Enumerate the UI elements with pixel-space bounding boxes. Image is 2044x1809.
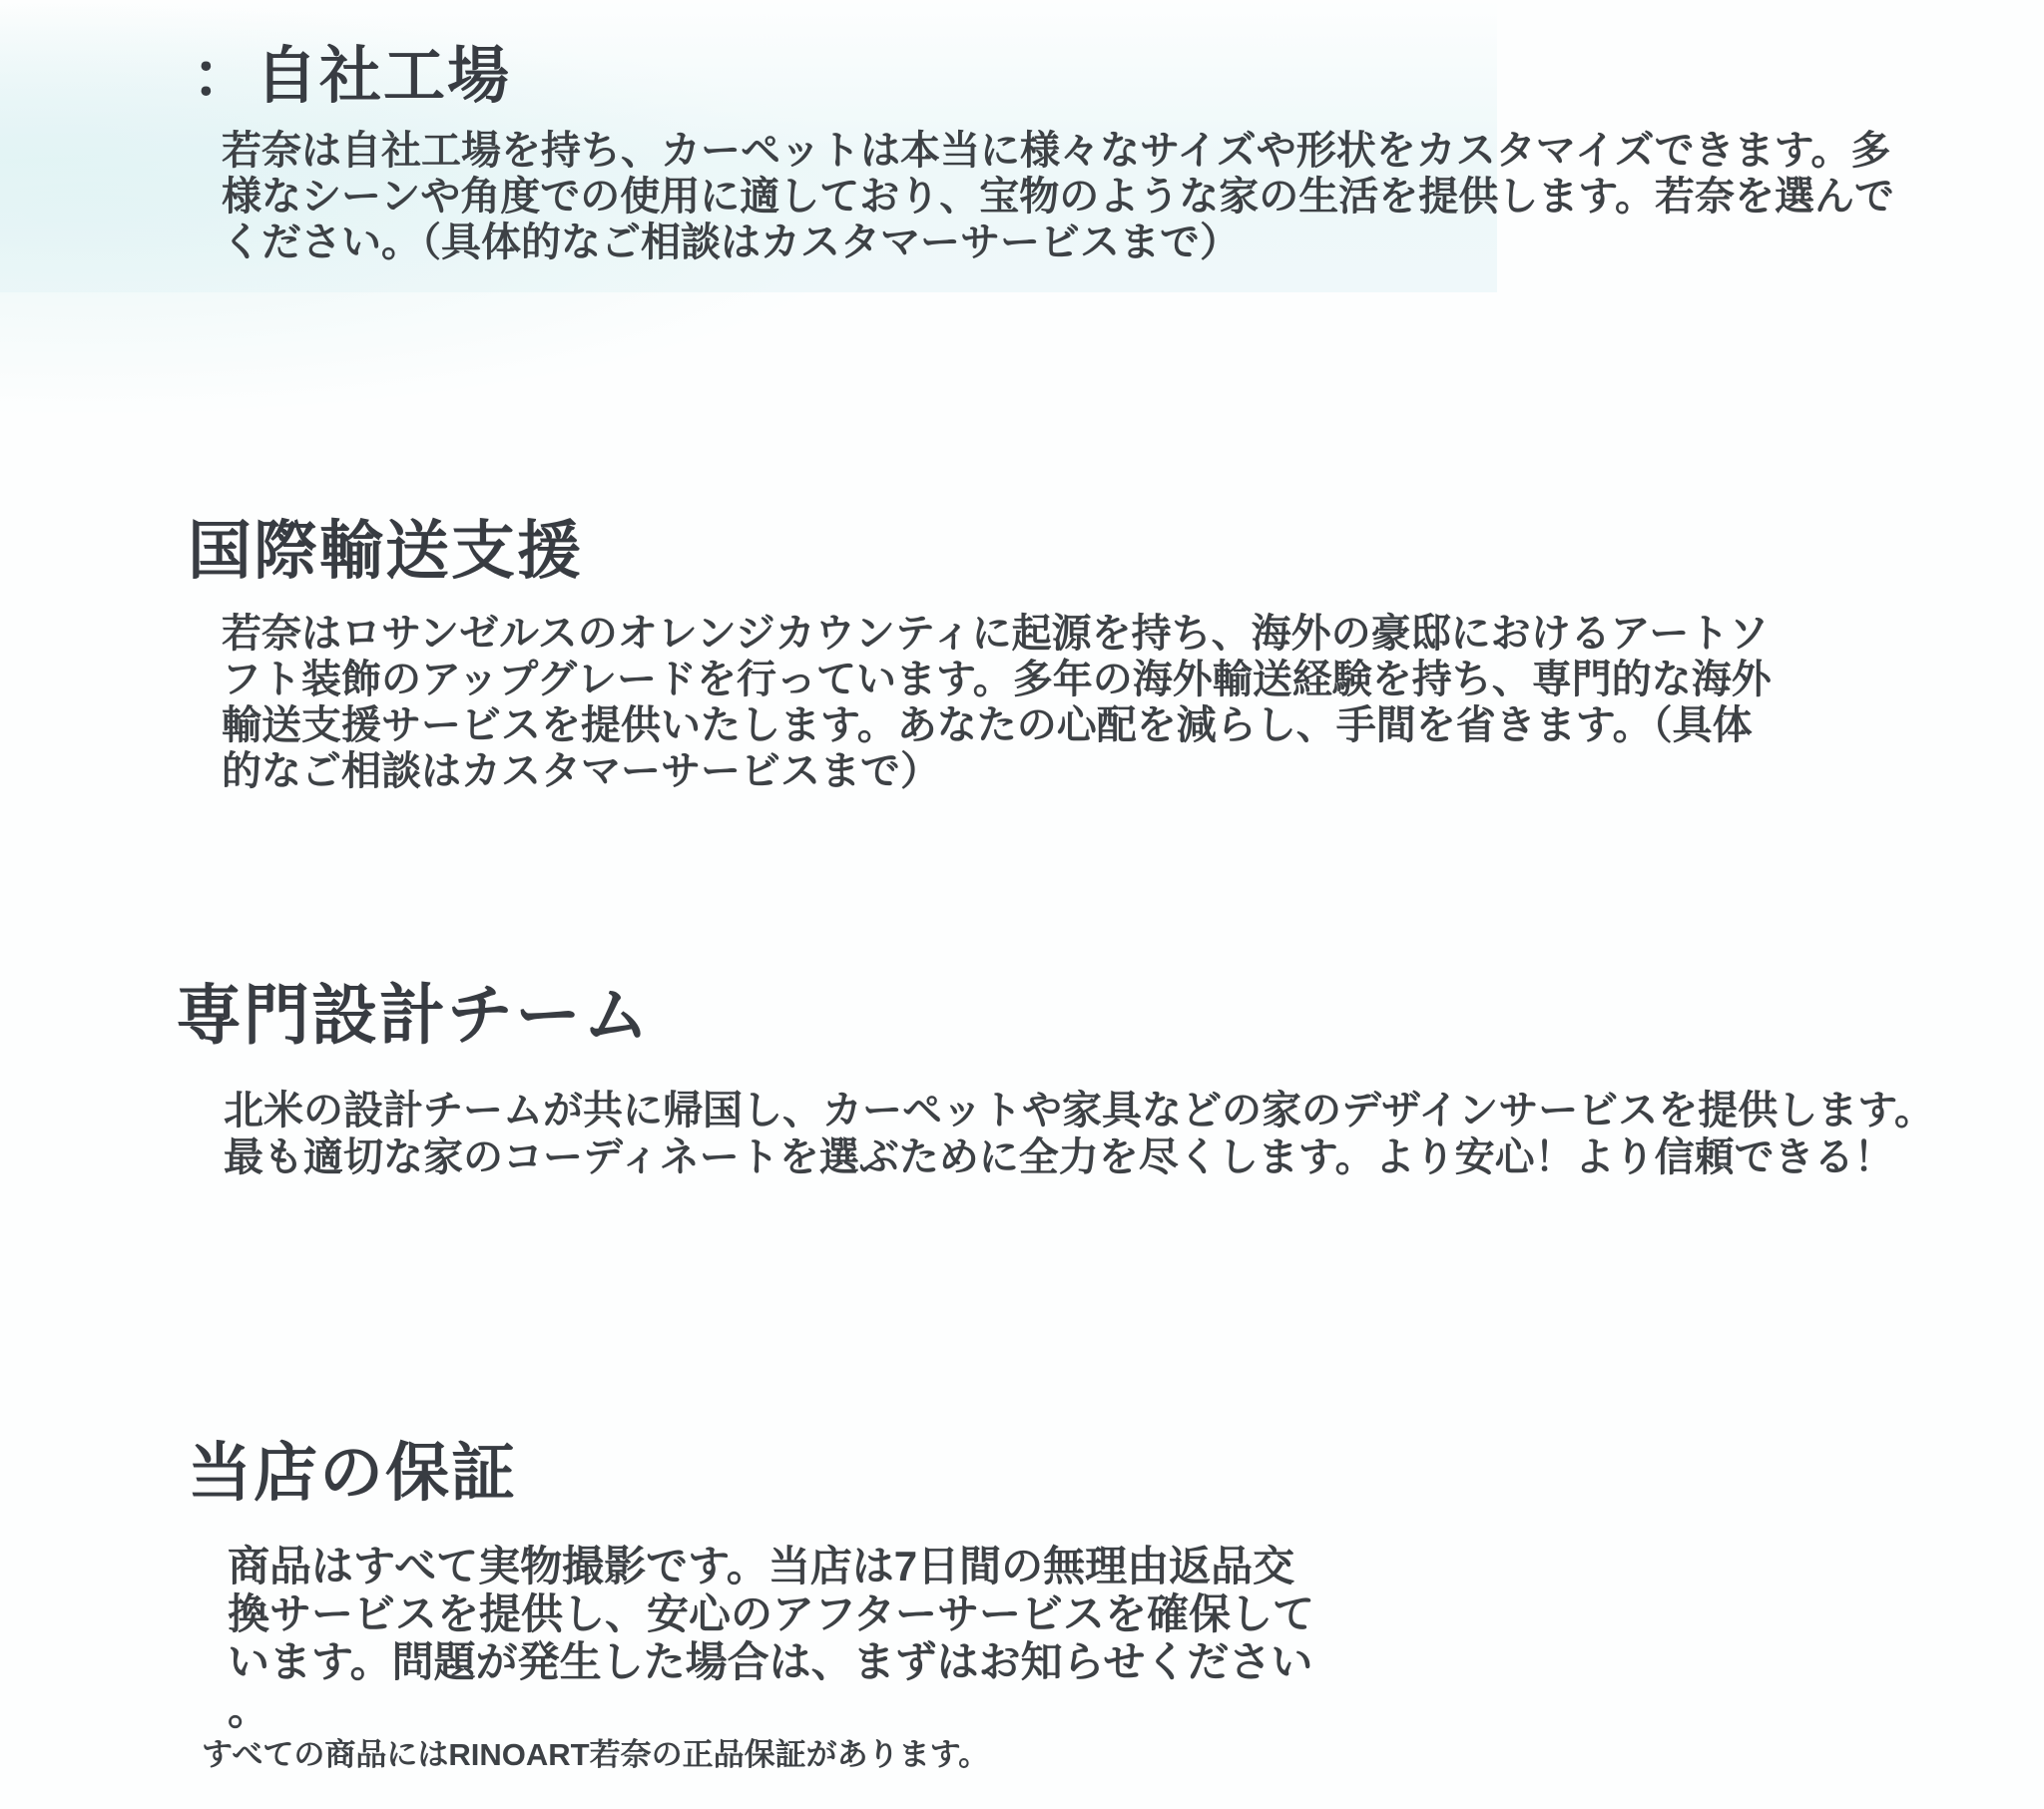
paragraph-line: 。 [228, 1686, 1314, 1734]
paragraph-line: 若奈はロサンゼルスのオレンジカウンティに起源を持ち、海外の豪邸におけるアートソ [222, 611, 1772, 657]
product-description-page: ：自社工場 若奈は自社工場を持ち、カーペットは本当に様々なサイズや形状をカスタマ… [0, 0, 2044, 1809]
paragraph-line: 換サービスを提供し、安心のアフターサービスを確保して [228, 1590, 1314, 1638]
section-body-design-team: 北米の設計チームが共に帰国し、カーペットや家具などの家のデザインサービスを提供し… [224, 1088, 1934, 1181]
paragraph-line: 最も適切な家のコーディネートを選ぶために全力を尽くします。より安心！より信頼でき… [224, 1134, 1934, 1181]
section-body-store-guarantee: 商品はすべて実物撮影です。当店は7日間の無理由返品交 換サービスを提供し、安心の… [228, 1543, 1314, 1734]
authenticity-guarantee-note: すべての商品にはRINOART若奈の正品保証があります。 [202, 1736, 989, 1773]
paragraph-line: 的なご相談はカスタマーサービスまで） [222, 748, 1772, 794]
paragraph-line: います。問題が発生した場合は、まずはお知らせください [228, 1638, 1314, 1686]
section-body-international-shipping: 若奈はロサンゼルスのオレンジカウンティに起源を持ち、海外の豪邸におけるアートソ … [222, 611, 1772, 794]
paragraph-line: ください。（具体的なご相談はカスタマーサービスまで） [222, 220, 1894, 265]
paragraph-line: 輸送支援サービスを提供いたします。あなたの心配を減らし、手間を省きます。（具体 [222, 702, 1772, 748]
paragraph-line: 商品はすべて実物撮影です。当店は7日間の無理由返品交 [228, 1543, 1314, 1590]
paragraph-line: 若奈は自社工場を持ち、カーペットは本当に様々なサイズや形状をカスタマイズできます… [222, 128, 1894, 174]
section-heading-design-team: 専門設計チーム [176, 982, 651, 1048]
section-body-own-factory: 若奈は自社工場を持ち、カーペットは本当に様々なサイズや形状をカスタマイズできます… [222, 128, 1894, 265]
section-heading-own-factory: ：自社工場 [192, 46, 511, 108]
paragraph-line: 様なシーンや角度での使用に適しており、宝物のような家の生活を提供します。若奈を選… [222, 174, 1894, 220]
section-heading-store-guarantee: 当店の保証 [188, 1441, 517, 1505]
paragraph-line: フト装飾のアップグレードを行っています。多年の海外輸送経験を持ち、専門的な海外 [222, 657, 1772, 702]
paragraph-line: 北米の設計チームが共に帰国し、カーペットや家具などの家のデザインサービスを提供し… [224, 1088, 1934, 1134]
section-heading-international-shipping: 国際輸送支援 [188, 519, 583, 583]
